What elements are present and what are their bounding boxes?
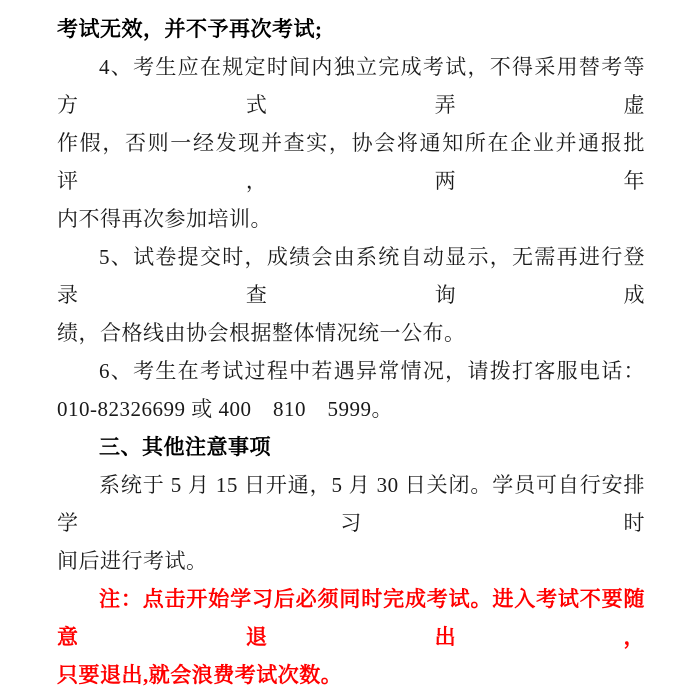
body-text-line: 内不得再次参加培训。 [57, 200, 645, 238]
body-text-line: 绩，合格线由协会根据整体情况统一公布。 [57, 314, 645, 352]
body-text-line: 010-82326699 或 400 810 5999。 [57, 390, 645, 428]
body-text-line: 6、考生在考试过程中若遇异常情况，请拨打客服电话： [57, 352, 645, 390]
body-text-line: 5、试卷提交时，成绩会由系统自动显示，无需再进行登录查询成 [57, 238, 645, 314]
document-page: 考试无效，并不予再次考试;4、考生应在规定时间内独立完成考试，不得采用替考等方式… [0, 0, 699, 686]
body-text-line: 系统于 5 月 15 日开通，5 月 30 日关闭。学员可自行安排学习时 [57, 466, 645, 542]
heading-line: 考试无效，并不予再次考试; [57, 10, 645, 48]
body-text-line: 间后进行考试。 [57, 542, 645, 580]
heading-line: 三、其他注意事项 [57, 428, 645, 466]
body-text-line: 作假，否则一经发现并查实，协会将通知所在企业并通报批评，两年 [57, 124, 645, 200]
body-text-line: 4、考生应在规定时间内独立完成考试，不得采用替考等方式弄虚 [57, 48, 645, 124]
document-body: 考试无效，并不予再次考试;4、考生应在规定时间内独立完成考试，不得采用替考等方式… [57, 10, 645, 686]
warning-note-line: 只要退出,就会浪费考试次数。 [57, 656, 645, 686]
warning-note-line: 注：点击开始学习后必须同时完成考试。进入考试不要随意退出， [57, 580, 645, 656]
